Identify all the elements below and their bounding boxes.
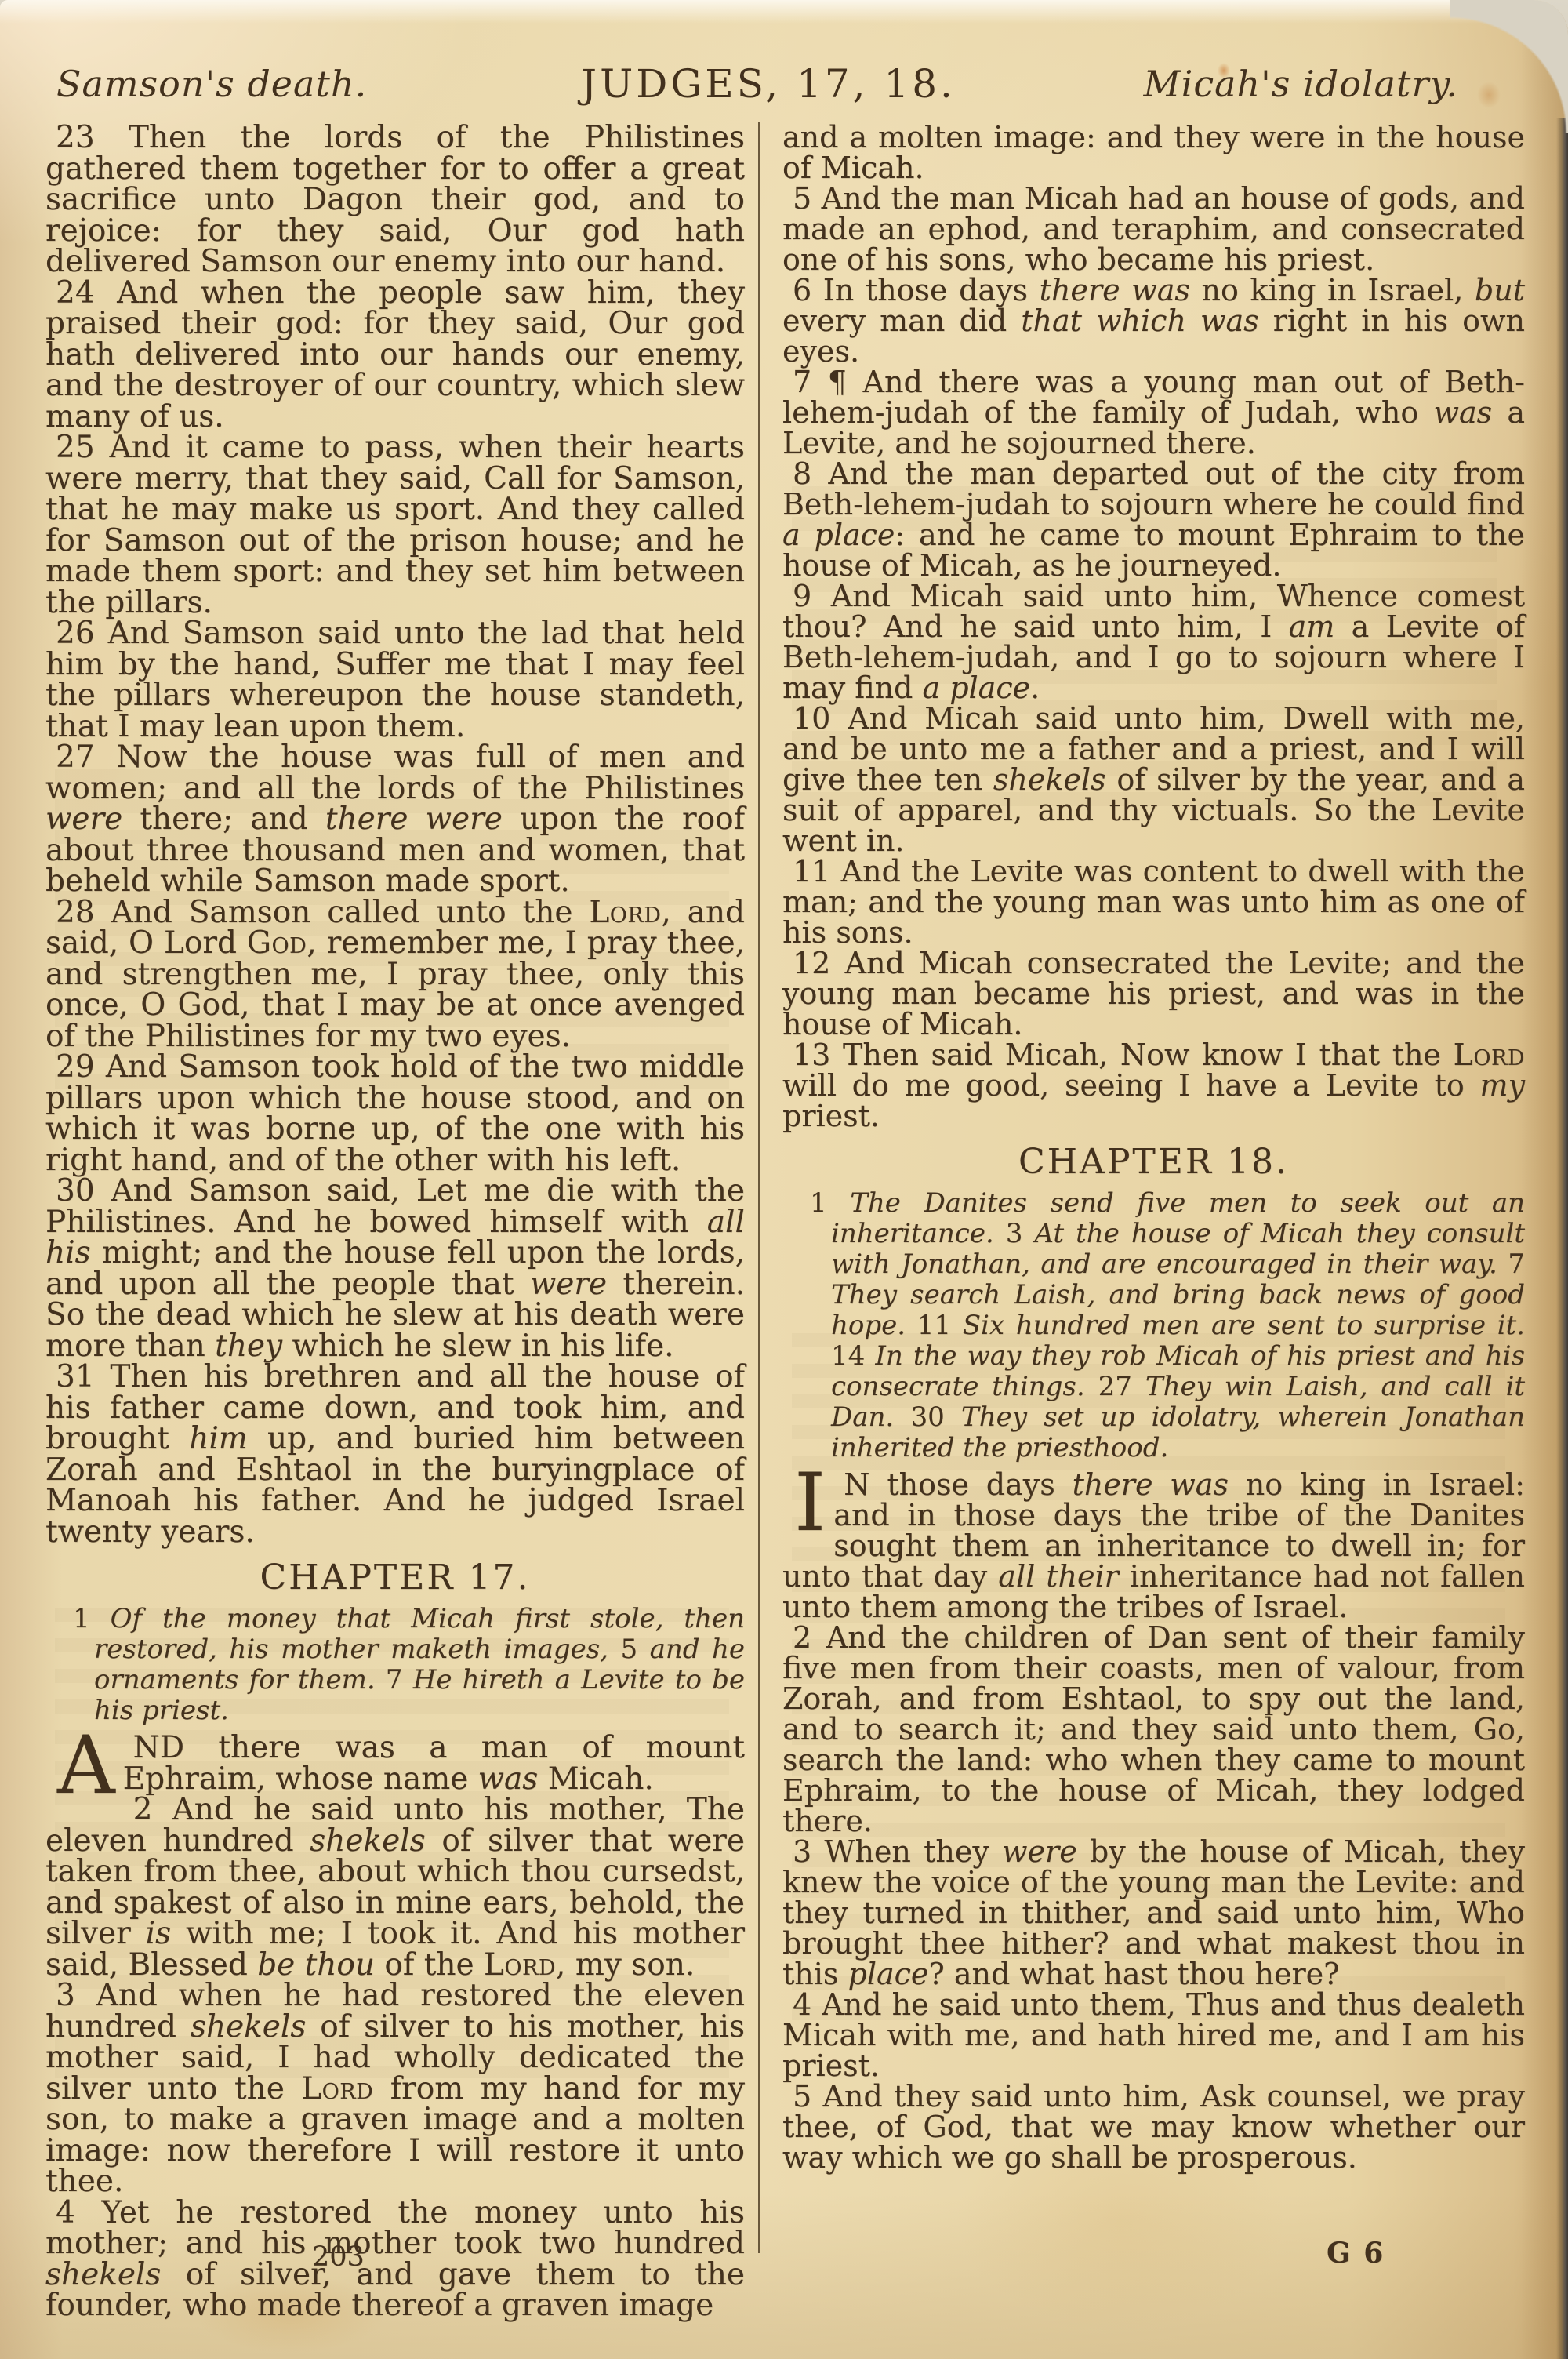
verse-number: 27 (56, 740, 116, 775)
verse: 2 And the children of Dan sent of their … (782, 1623, 1525, 1837)
verse-number: 12 (793, 946, 845, 980)
verse: 4 Yet he restored the money unto his mot… (45, 2197, 745, 2321)
page-title: JUDGES, 17, 18. (549, 61, 988, 107)
verse: 28 And Samson called unto the Lord, and … (45, 897, 745, 1052)
chapter-summary: 1 Of the money that Micah first stole, t… (45, 1604, 745, 1726)
verse: 29 And Samson took hold of the two middl… (45, 1052, 745, 1176)
chapter-heading: CHAPTER 18. (782, 1143, 1525, 1182)
verse: 8 And the man departed out of the city f… (782, 459, 1525, 581)
verse: 27 Now the house was full of men and wom… (45, 742, 745, 897)
verse-number: 9 (793, 579, 831, 613)
verse-number: 28 (56, 895, 111, 930)
verse: 5 And the man Micah had an house of gods… (782, 184, 1525, 275)
verse-number: 29 (56, 1049, 106, 1085)
verse-number: 31 (56, 1359, 110, 1394)
drop-cap: I (782, 1470, 833, 1535)
verse-number: 24 (56, 275, 117, 311)
page-number: 203 (312, 2241, 365, 2273)
verse: 6 In those days there was no king in Isr… (782, 275, 1525, 367)
page-edge-shadow (1556, 118, 1568, 2359)
verse: 31 Then his brethren and all the house o… (45, 1361, 745, 1547)
signature-mark: G 6 (1327, 2237, 1385, 2270)
verse-number: 4 (56, 2195, 102, 2230)
verse-number: 6 (793, 273, 823, 307)
verse-number: 2 (793, 1620, 826, 1655)
verse-number: 5 (793, 181, 822, 216)
verse: 5 And they said unto him, Ask counsel, w… (782, 2081, 1525, 2173)
verse: 30 And Samson said, Let me die with the … (45, 1176, 745, 1361)
verse-number: 4 (793, 1987, 822, 2022)
text-column-right: and a molten image: and they were in the… (782, 122, 1525, 2173)
column-divider (758, 122, 760, 2253)
verse: 12 And Micah consecrated the Levite; and… (782, 948, 1525, 1040)
verse-number: 23 (56, 120, 129, 155)
verse: 7 ¶ And there was a young man out of Bet… (782, 367, 1525, 459)
drop-cap: A (45, 1732, 123, 1797)
verse-number: 3 (793, 1834, 824, 1869)
verse: 9 And Micah said unto him, Whence comest… (782, 581, 1525, 703)
verse-number: 8 (793, 456, 828, 491)
verse-number: 30 (56, 1173, 111, 1209)
chapter-summary: 1 The Danites send five men to seek out … (782, 1188, 1525, 1463)
verse-number: 26 (56, 616, 108, 651)
verse-number: 3 (56, 1978, 96, 2013)
verse: 3 And when he had restored the eleven hu… (45, 1980, 745, 2197)
verse-number: 10 (793, 701, 848, 736)
verse: 23 Then the lords of the Philistines gat… (45, 122, 745, 278)
verse: 26 And Samson said unto the lad that hel… (45, 618, 745, 742)
verse: 2 And he said unto his mother, The eleve… (45, 1794, 745, 1980)
verse: 3 When they were by the house of Micah, … (782, 1837, 1525, 1990)
running-head-right: Micah's idolatry. (1144, 63, 1458, 105)
verse: 13 Then said Micah, Now know I that the … (782, 1040, 1525, 1132)
bible-page: Samson's death. JUDGES, 17, 18. Micah's … (0, 0, 1568, 2359)
verse: 10 And Micah said unto him, Dwell with m… (782, 703, 1525, 856)
chapter-heading: CHAPTER 17. (45, 1558, 745, 1598)
verse: 24 And when the people saw him, they pra… (45, 278, 745, 433)
verse-continuation: and a molten image: and they were in the… (782, 122, 1525, 184)
page-top-edge (0, 0, 1568, 24)
text-column-left: 23 Then the lords of the Philistines gat… (45, 122, 745, 2321)
verse: AND there was a man of mount Ephraim, wh… (45, 1732, 745, 1794)
verse: 25 And it came to pass, when their heart… (45, 432, 745, 618)
verse-number: 5 (793, 2079, 822, 2114)
verse-number: 25 (56, 430, 109, 465)
verse: 4 And he said unto them, Thus and thus d… (782, 1990, 1525, 2081)
verse-number: 13 (793, 1038, 843, 1072)
verse-number: 11 (793, 854, 841, 889)
running-head-left: Samson's death. (56, 63, 367, 105)
verse-number: 7 (793, 365, 828, 399)
scan-corner (1450, 0, 1568, 133)
verse-number: 2 (133, 1792, 172, 1827)
verse: 11 And the Levite was content to dwell w… (782, 856, 1525, 948)
verse: IN those days there was no king in Israe… (782, 1470, 1525, 1623)
photo-canvas: Samson's death. JUDGES, 17, 18. Micah's … (0, 0, 1568, 2359)
